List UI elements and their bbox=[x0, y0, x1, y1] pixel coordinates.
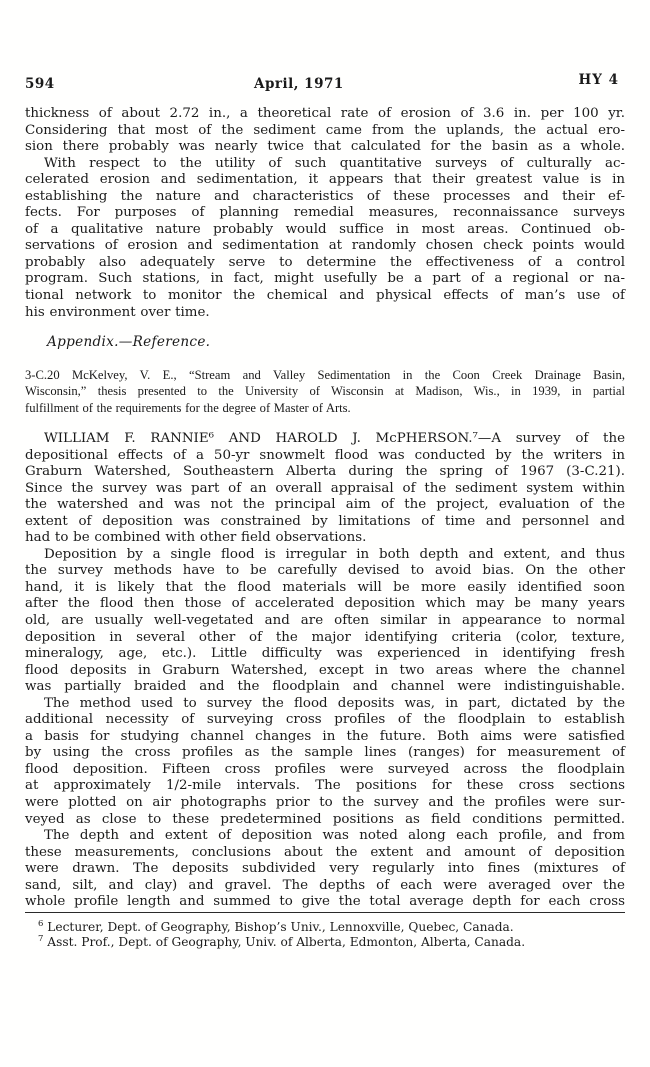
footnote-divider bbox=[25, 912, 625, 913]
text-line: tional network to monitor the chemical a… bbox=[25, 288, 625, 305]
journal-code: HY 4 bbox=[579, 72, 620, 88]
text-line: deposition in several other of the major… bbox=[25, 630, 625, 647]
text-line: sion there probably was nearly twice tha… bbox=[25, 139, 625, 156]
footnote-list: 6 Lecturer, Dept. of Geography, Bishop’s… bbox=[25, 921, 625, 949]
text-line: were plotted on air photographs prior to… bbox=[25, 795, 625, 812]
running-head: 594 April, 1971 HY 4 bbox=[25, 72, 625, 90]
paragraph-method: The method used to survey the flood depo… bbox=[25, 696, 625, 828]
text-line: depositional effects of a 50-yr snowmelt… bbox=[25, 448, 625, 465]
text-line: Graburn Watershed, Southeastern Alberta … bbox=[25, 464, 625, 481]
text-line: With respect to the utility of such quan… bbox=[25, 156, 625, 173]
page-number: 594 bbox=[25, 76, 55, 92]
text-line: fulfillment of the requirements for the … bbox=[25, 400, 625, 416]
text-line: old, are usually well-vegetated and are … bbox=[25, 613, 625, 630]
text-line: these measurements, conclusions about th… bbox=[25, 845, 625, 862]
paragraph-depth-extent: The depth and extent of deposition was n… bbox=[25, 828, 625, 911]
text-line: establishing the nature and characterist… bbox=[25, 189, 625, 206]
text-line: by using the cross profiles as the sampl… bbox=[25, 745, 625, 762]
text-line: servations of erosion and sedimentation … bbox=[25, 238, 625, 255]
text-line: whole profile length and summed to give … bbox=[25, 894, 625, 911]
text-line: additional necessity of surveying cross … bbox=[25, 712, 625, 729]
issue-date: April, 1971 bbox=[254, 76, 344, 92]
text-line: a basis for studying channel changes in … bbox=[25, 729, 625, 746]
text-line: at approximately 1/2-mile intervals. The… bbox=[25, 778, 625, 795]
paragraph-deposition: Deposition by a single flood is irregula… bbox=[25, 547, 625, 696]
appendix-heading: Appendix.—Reference. bbox=[47, 334, 625, 351]
paragraph-authors-survey: WILLIAM F. RANNIE⁶ AND HAROLD J. McPHERS… bbox=[25, 431, 625, 547]
text-line: of a qualitative nature probably would s… bbox=[25, 222, 625, 239]
text-line: sand, silt, and clay) and gravel. The de… bbox=[25, 878, 625, 895]
text-line: were drawn. The deposits subdivided very… bbox=[25, 861, 625, 878]
text-line: Deposition by a single flood is irregula… bbox=[25, 547, 625, 564]
text-line: the survey methods have to be carefully … bbox=[25, 563, 625, 580]
text-line: the watershed and was not the principal … bbox=[25, 497, 625, 514]
paragraph-utility: With respect to the utility of such quan… bbox=[25, 156, 625, 321]
text-line: Considering that most of the sediment ca… bbox=[25, 123, 625, 140]
document-page: 594 April, 1971 HY 4 thickness of about … bbox=[0, 0, 650, 1067]
text-line: his environment over time. bbox=[25, 305, 625, 322]
text-line: Since the survey was part of an overall … bbox=[25, 481, 625, 498]
text-line: 3-C.20 McKelvey, V. E., “Stream and Vall… bbox=[25, 367, 625, 383]
footnote-text: Asst. Prof., Dept. of Geography, Univ. o… bbox=[43, 935, 525, 949]
text-line: thickness of about 2.72 in., a theoretic… bbox=[25, 106, 625, 123]
footnote: 7 Asst. Prof., Dept. of Geography, Univ.… bbox=[25, 936, 625, 949]
text-line: flood deposition. Fifteen cross profiles… bbox=[25, 762, 625, 779]
text-line: celerated erosion and sedimentation, it … bbox=[25, 172, 625, 189]
article-body: thickness of about 2.72 in., a theoretic… bbox=[25, 106, 625, 911]
text-line: had to be combined with other field obse… bbox=[25, 530, 625, 547]
text-line: probably also adequately serve to determ… bbox=[25, 255, 625, 272]
text-line: Wisconsin,” thesis presented to the Univ… bbox=[25, 383, 625, 399]
text-line: fects. For purposes of planning remedial… bbox=[25, 205, 625, 222]
text-line: The depth and extent of deposition was n… bbox=[25, 828, 625, 845]
text-line: extent of deposition was constrained by … bbox=[25, 514, 625, 531]
text-line: was partially braided and the floodplain… bbox=[25, 679, 625, 696]
text-line: veyed as close to these predetermined po… bbox=[25, 812, 625, 829]
text-line: mineralogy, age, etc.). Little difficult… bbox=[25, 646, 625, 663]
footnotes-section: 6 Lecturer, Dept. of Geography, Bishop’s… bbox=[25, 912, 625, 949]
reference-entry: 3-C.20 McKelvey, V. E., “Stream and Vall… bbox=[25, 367, 625, 416]
text-line: program. Such stations, in fact, might u… bbox=[25, 271, 625, 288]
text-line: WILLIAM F. RANNIE⁶ AND HAROLD J. McPHERS… bbox=[25, 431, 625, 448]
text-line: flood deposits in Graburn Watershed, exc… bbox=[25, 663, 625, 680]
text-line: The method used to survey the flood depo… bbox=[25, 696, 625, 713]
paragraph-continuation: thickness of about 2.72 in., a theoretic… bbox=[25, 106, 625, 156]
footnote-text: Lecturer, Dept. of Geography, Bishop’s U… bbox=[43, 920, 513, 934]
text-line: after the flood then those of accelerate… bbox=[25, 596, 625, 613]
footnote: 6 Lecturer, Dept. of Geography, Bishop’s… bbox=[25, 921, 625, 934]
text-column: 594 April, 1971 HY 4 thickness of about … bbox=[25, 72, 625, 948]
text-line: hand, it is likely that the flood materi… bbox=[25, 580, 625, 597]
